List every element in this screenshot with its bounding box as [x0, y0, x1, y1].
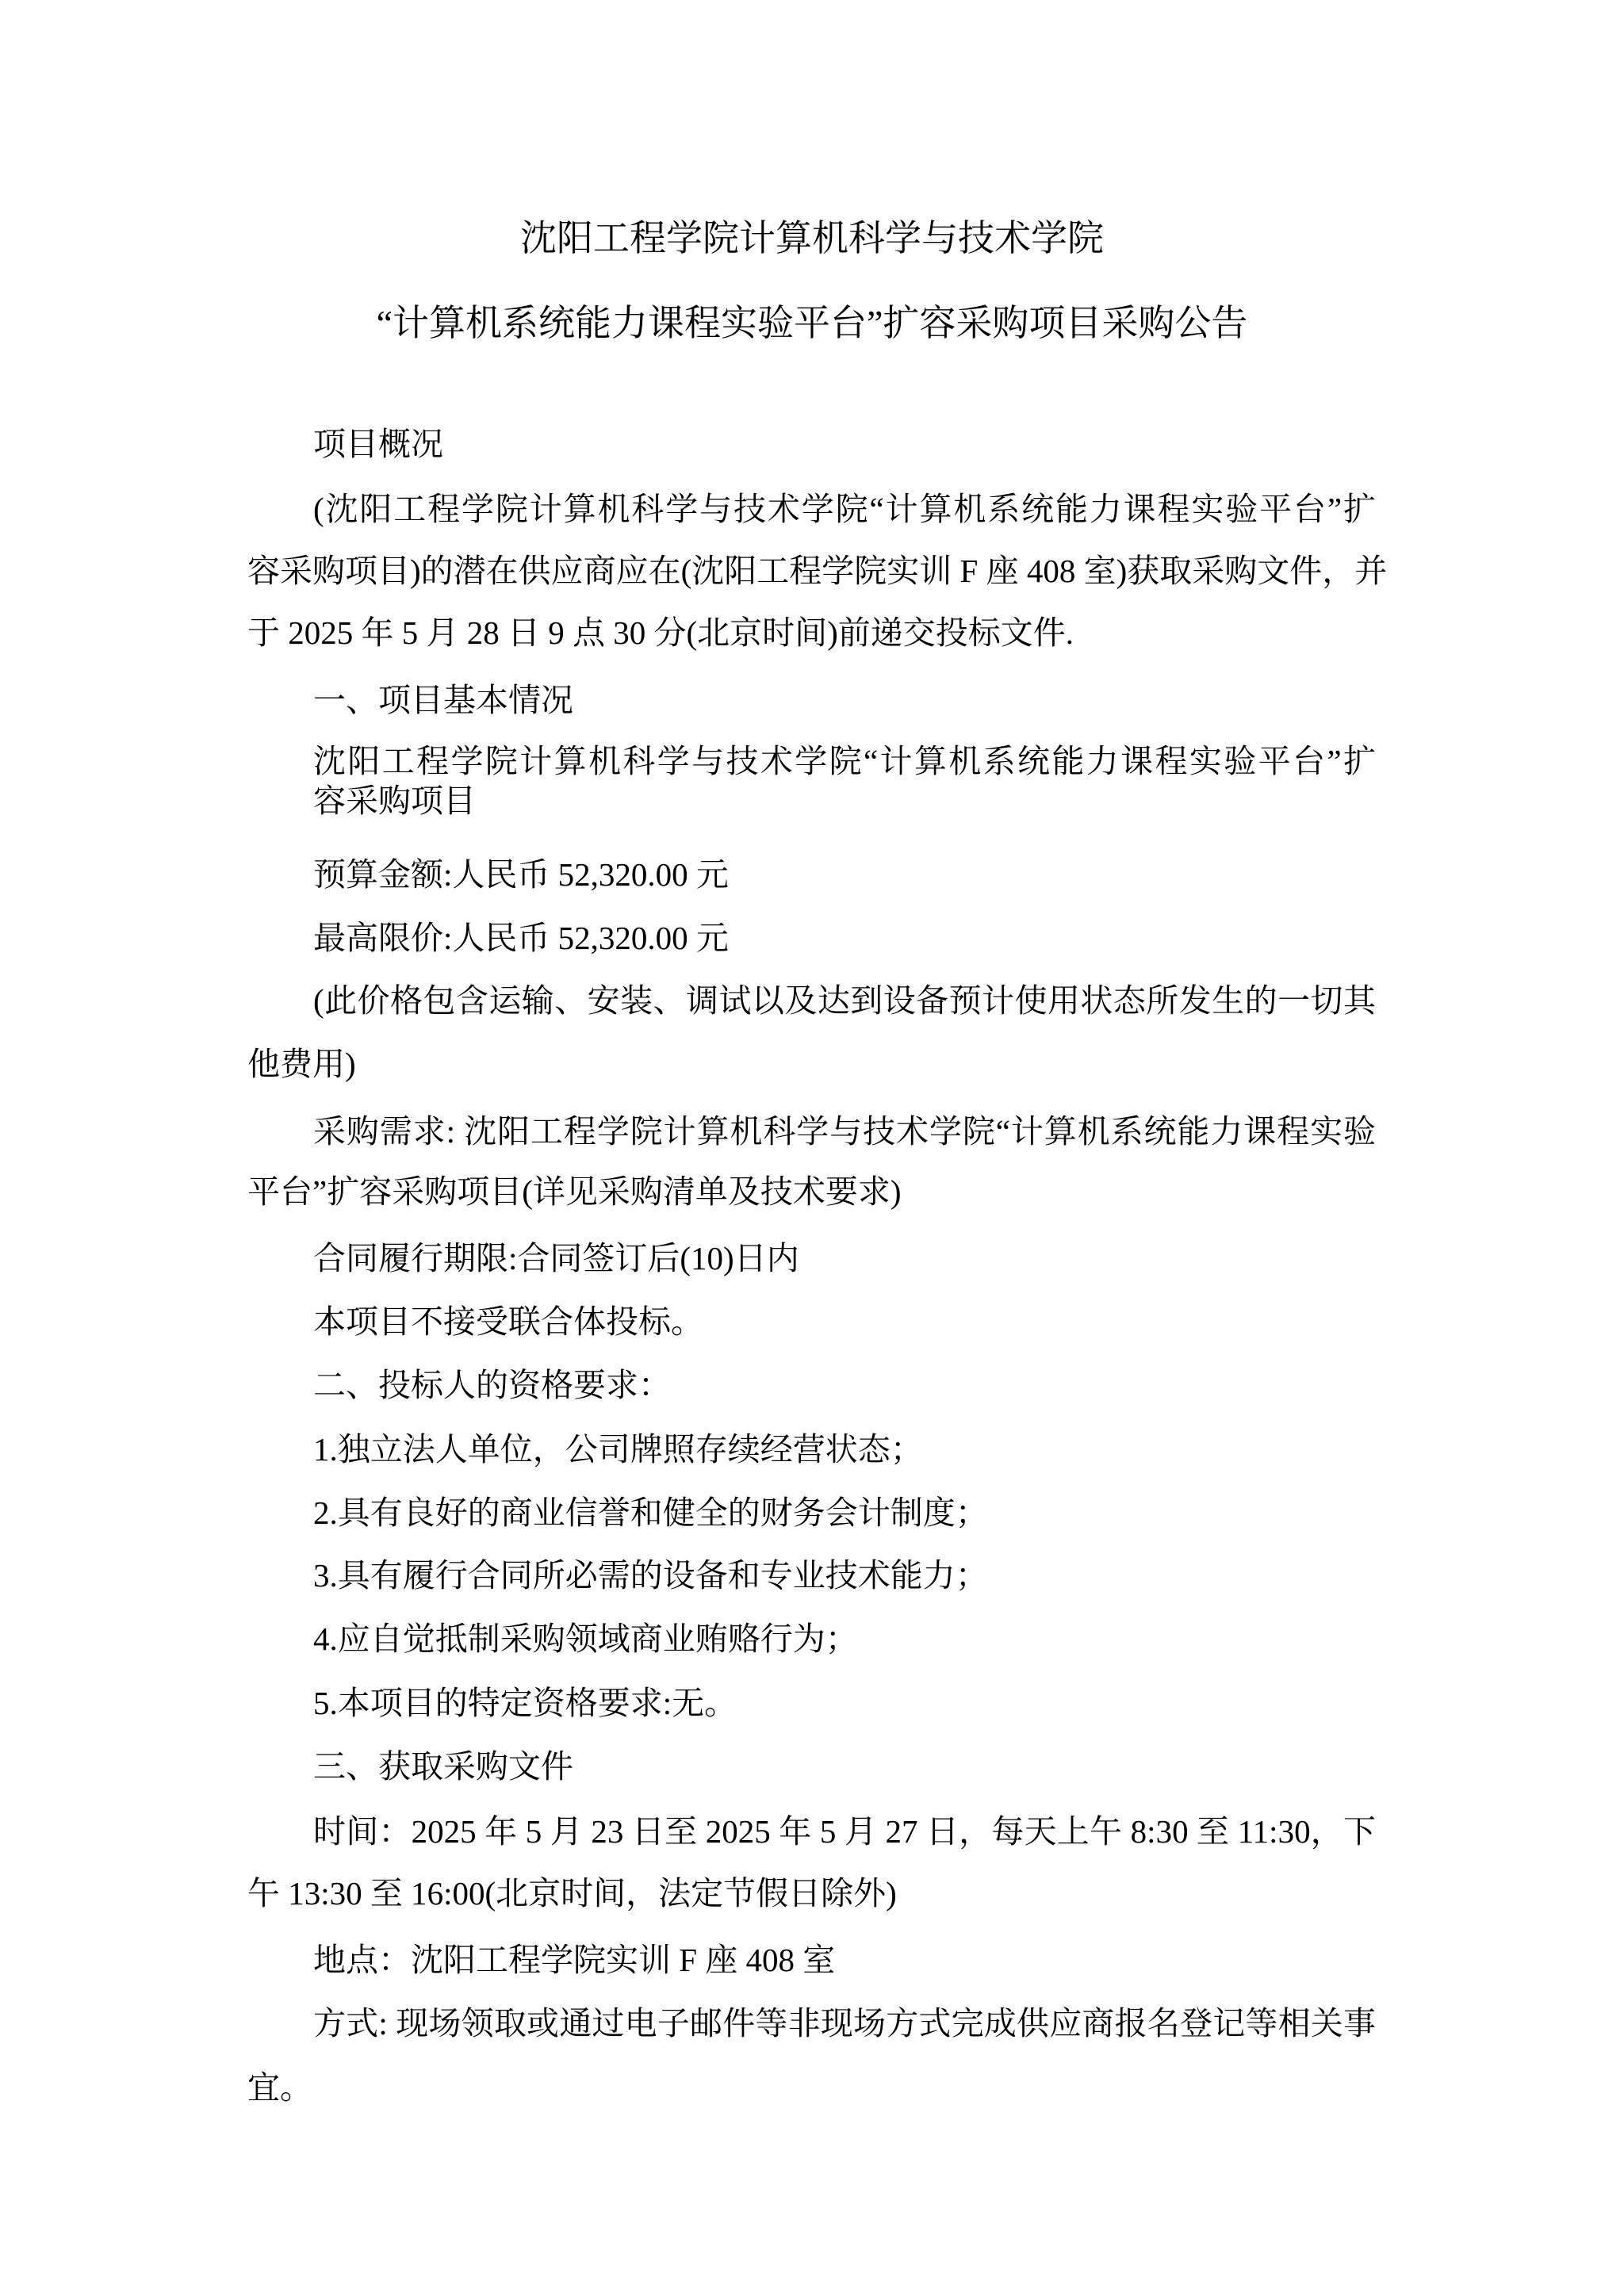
max-price: 最高限价:人民币 52,320.00 元 [313, 916, 729, 960]
qualification-item: 4.应自觉抵制采购领域商业贿赂行为； [313, 1617, 858, 1661]
project-name-line: 容采购项目 [313, 779, 476, 823]
contract-period: 合同履行期限:合同签订后(10)日内 [313, 1236, 799, 1280]
qualification-item: 2.具有良好的商业信誉和健全的财务会计制度； [313, 1490, 988, 1535]
overview-heading: 项目概况 [313, 422, 443, 466]
location: 地点：沈阳工程学院实训 F 座 408 室 [313, 1938, 835, 1982]
title-line-2: “计算机系统能力课程实验平台”扩容采购项目采购公告 [0, 300, 1624, 347]
procurement-requirement-line: 平台”扩容采购项目(详见采购清单及技术要求) [247, 1169, 902, 1214]
overview-paragraph-line: (沈阳工程学院计算机科学与技术学院“计算机系统能力课程实验平台”扩 [313, 487, 1376, 531]
qualification-item: 3.具有履行合同所必需的设备和专业技术能力； [313, 1553, 988, 1598]
section-heading: 二、投标人的资格要求： [313, 1363, 671, 1407]
method-line: 宜。 [247, 2065, 312, 2110]
method-line: 方式: 现场领取或通过电子邮件等非现场方式完成供应商报名登记等相关事 [313, 2001, 1376, 2045]
time-line: 时间：2025 年 5 月 23 日至 2025 年 5 月 27 日，每天上午… [313, 1809, 1376, 1854]
overview-paragraph-line: 于 2025 年 5 月 28 日 9 点 30 分(北京时间)前递交投标文件. [247, 610, 1074, 655]
consortium-note: 本项目不接受联合体投标。 [313, 1299, 703, 1344]
qualification-item: 5.本项目的特定资格要求:无。 [313, 1681, 737, 1725]
project-name-line: 沈阳工程学院计算机科学与技术学院“计算机系统能力课程实验平台”扩 [313, 739, 1376, 783]
title-line-1: 沈阳工程学院计算机科学与技术学院 [0, 215, 1624, 262]
overview-paragraph-line: 容采购项目)的潜在供应商应在(沈阳工程学院实训 F 座 408 室)获取采购文件… [247, 549, 1376, 593]
section-heading: 三、获取采购文件 [313, 1744, 573, 1789]
section-heading: 一、项目基本情况 [313, 678, 573, 722]
budget-amount: 预算金额:人民币 52,320.00 元 [313, 852, 729, 897]
price-note-line: 他费用) [247, 1042, 356, 1086]
price-note-line: (此价格包含运输、安装、调试以及达到设备预计使用状态所发生的一切其 [313, 978, 1376, 1023]
time-line: 午 13:30 至 16:00(北京时间，法定节假日除外) [247, 1871, 897, 1915]
qualification-item: 1.独立法人单位，公司牌照存续经营状态； [313, 1427, 923, 1471]
procurement-requirement-line: 采购需求: 沈阳工程学院计算机科学与技术学院“计算机系统能力课程实验 [313, 1109, 1376, 1154]
document-page: 沈阳工程学院计算机科学与技术学院 “计算机系统能力课程实验平台”扩容采购项目采购… [0, 0, 1624, 2296]
